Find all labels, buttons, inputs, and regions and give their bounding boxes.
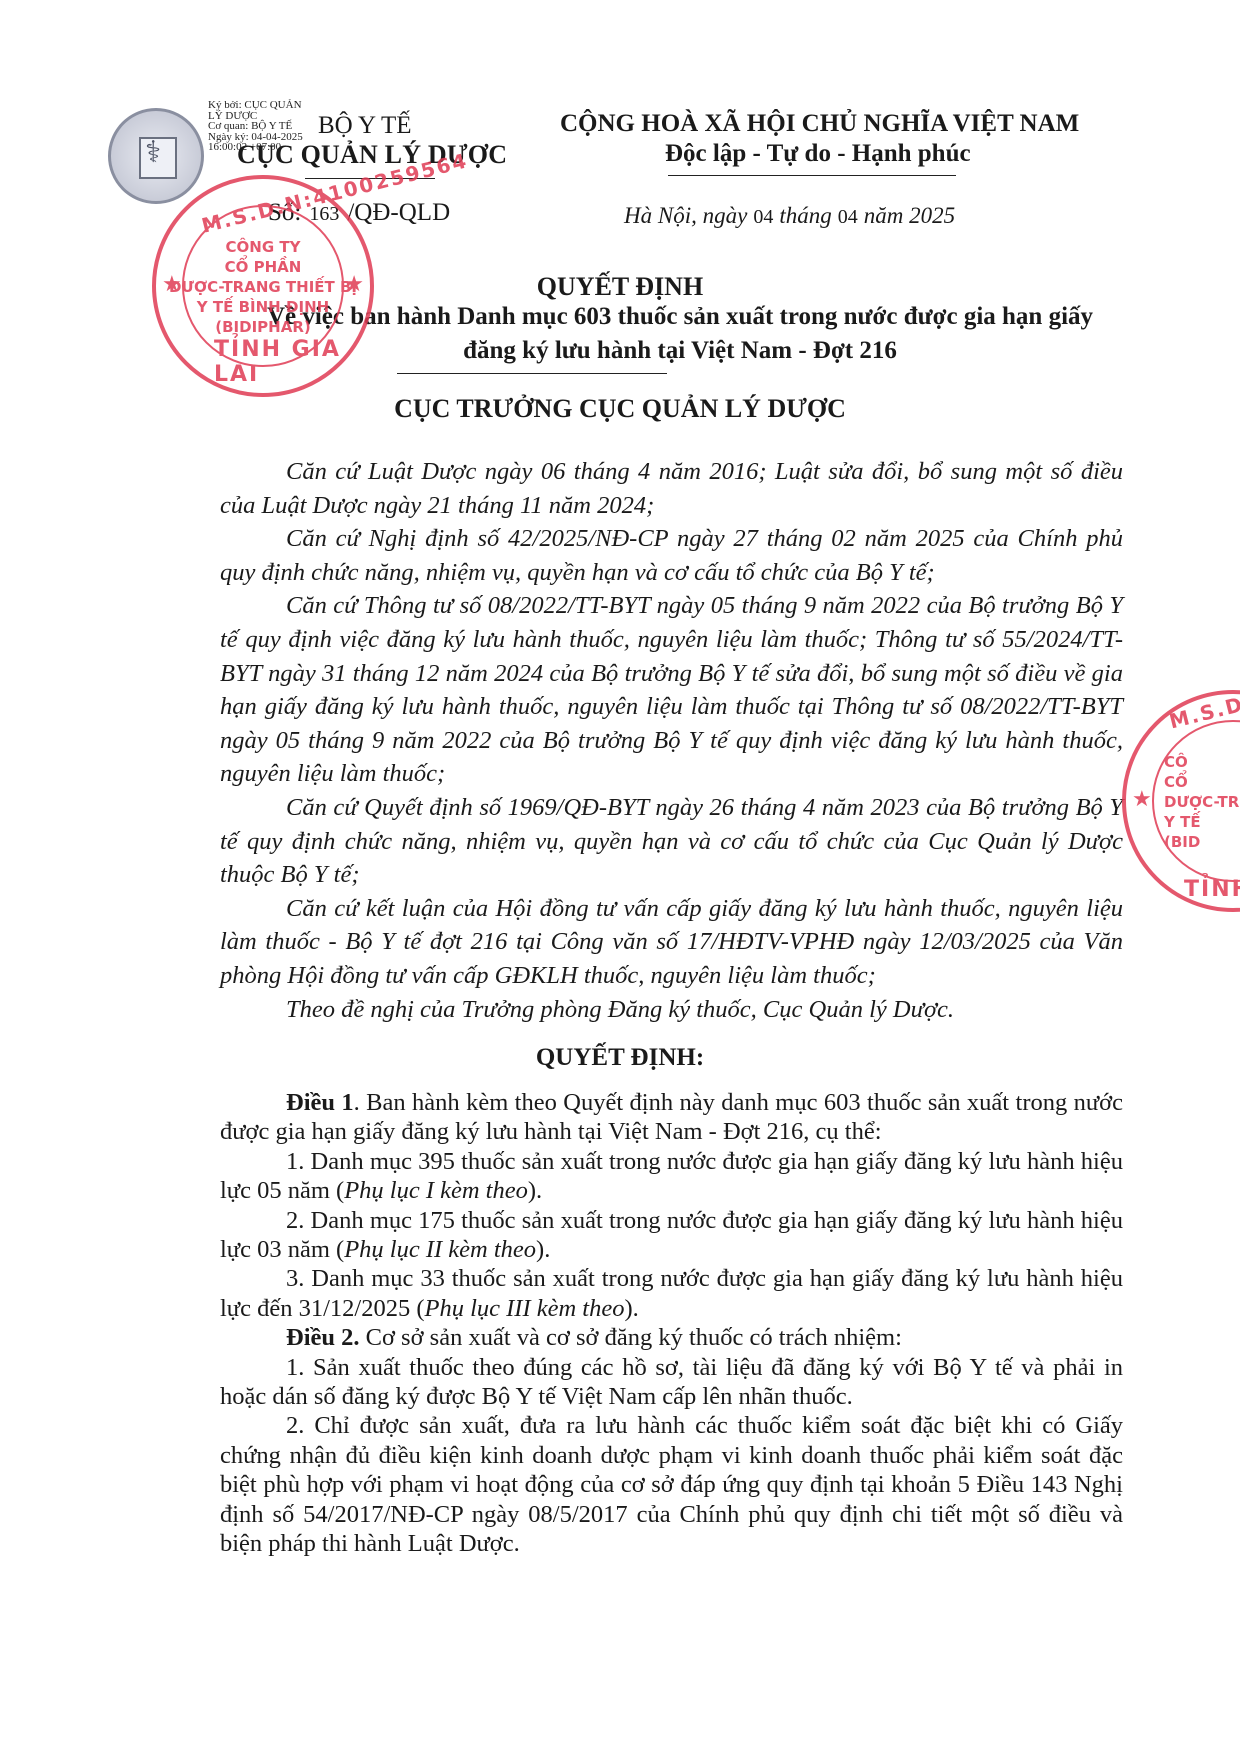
- basis-paragraph: Căn cứ Quyết định số 1969/QĐ-BYT ngày 26…: [220, 791, 1123, 892]
- signing-agency: Cơ quan: BỘ Y TẾ: [208, 121, 318, 132]
- basis-paragraph: Căn cứ Thông tư số 08/2022/TT-BYT ngày 0…: [220, 589, 1123, 791]
- articles: Điều 1. Ban hành kèm theo Quyết định này…: [220, 1088, 1123, 1559]
- appendix-reference: Phụ lục III kèm theo: [424, 1295, 624, 1322]
- day: 04: [753, 206, 773, 228]
- appendix-reference: Phụ lục II kèm theo: [344, 1236, 536, 1263]
- stamp-center-text: CÔ CỔ DƯỢC-TR Y TẾ (BID: [1164, 752, 1240, 852]
- article-1-label: Điều 1: [286, 1089, 354, 1116]
- article-2-item: 2. Chỉ được sản xuất, đưa ra lưu hành cá…: [220, 1411, 1123, 1558]
- article-1-item: 3. Danh mục 33 thuốc sản xuất trong nước…: [220, 1264, 1123, 1323]
- issuing-authority: CỤC TRƯỞNG CỤC QUẢN LÝ DƯỢC: [0, 394, 1240, 424]
- star-icon: ★: [1132, 786, 1152, 812]
- motto-underline: [668, 175, 956, 176]
- basis-paragraph: Căn cứ Luật Dược ngày 06 tháng 4 năm 201…: [220, 455, 1123, 522]
- national-motto: Độc lập - Tự do - Hạnh phúc: [665, 140, 971, 168]
- doc-number-suffix: /QĐ-QLD: [347, 199, 450, 226]
- legal-basis: Căn cứ Luật Dược ngày 06 tháng 4 năm 201…: [220, 455, 1123, 1026]
- signed-by: Ký bởi: CỤC QUẢN LÝ DƯỢC: [208, 100, 318, 121]
- stamp-ring-bottom: TỈNH GIA LAI: [214, 337, 370, 387]
- margin-stamp: M.S.D.N: ★ CÔ CỔ DƯỢC-TR Y TẾ (BID TỈNH: [1122, 690, 1240, 912]
- appendix-reference: Phụ lục I kèm theo: [344, 1177, 528, 1204]
- place-and-date: Hà Nội, ngày04tháng04năm 2025: [624, 203, 955, 229]
- ministry-name: BỘ Y TẾ: [318, 112, 412, 140]
- article-1-item: 2. Danh mục 175 thuốc sản xuất trong nướ…: [220, 1206, 1123, 1265]
- article-1: Điều 1. Ban hành kèm theo Quyết định này…: [220, 1088, 1123, 1147]
- national-title: CỘNG HOÀ XÃ HỘI CHỦ NGHĨA VIỆT NAM: [560, 110, 1079, 138]
- basis-paragraph: Theo đề nghị của Trưởng phòng Đăng ký th…: [220, 993, 1123, 1027]
- ministry-seal-icon: [108, 108, 204, 204]
- stamp-center-text: CÔNG TY CỔ PHẦN DƯỢC-TRANG THIẾT BỊ Y TẾ…: [156, 237, 370, 337]
- company-stamp: M.S.D.N:4100259564 ★ ★ CÔNG TY CỔ PHẦN D…: [152, 175, 374, 397]
- document-subject: Về việc ban hành Danh mục 603 thuốc sản …: [240, 300, 1120, 368]
- article-2: Điều 2. Cơ sở sản xuất và cơ sở đăng ký …: [220, 1323, 1123, 1352]
- basis-paragraph: Căn cứ kết luận của Hội đồng tư vấn cấp …: [220, 892, 1123, 993]
- article-2-item: 1. Sản xuất thuốc theo đúng các hồ sơ, t…: [220, 1353, 1123, 1412]
- basis-paragraph: Căn cứ Nghị định số 42/2025/NĐ-CP ngày 2…: [220, 522, 1123, 589]
- stamp-ring-bottom: TỈNH: [1184, 877, 1240, 902]
- decision-heading: QUYẾT ĐỊNH:: [0, 1044, 1240, 1072]
- month: 04: [838, 206, 858, 228]
- article-2-label: Điều 2.: [286, 1324, 360, 1351]
- article-1-item: 1. Danh mục 395 thuốc sản xuất trong nướ…: [220, 1147, 1123, 1206]
- subject-underline: [397, 373, 667, 374]
